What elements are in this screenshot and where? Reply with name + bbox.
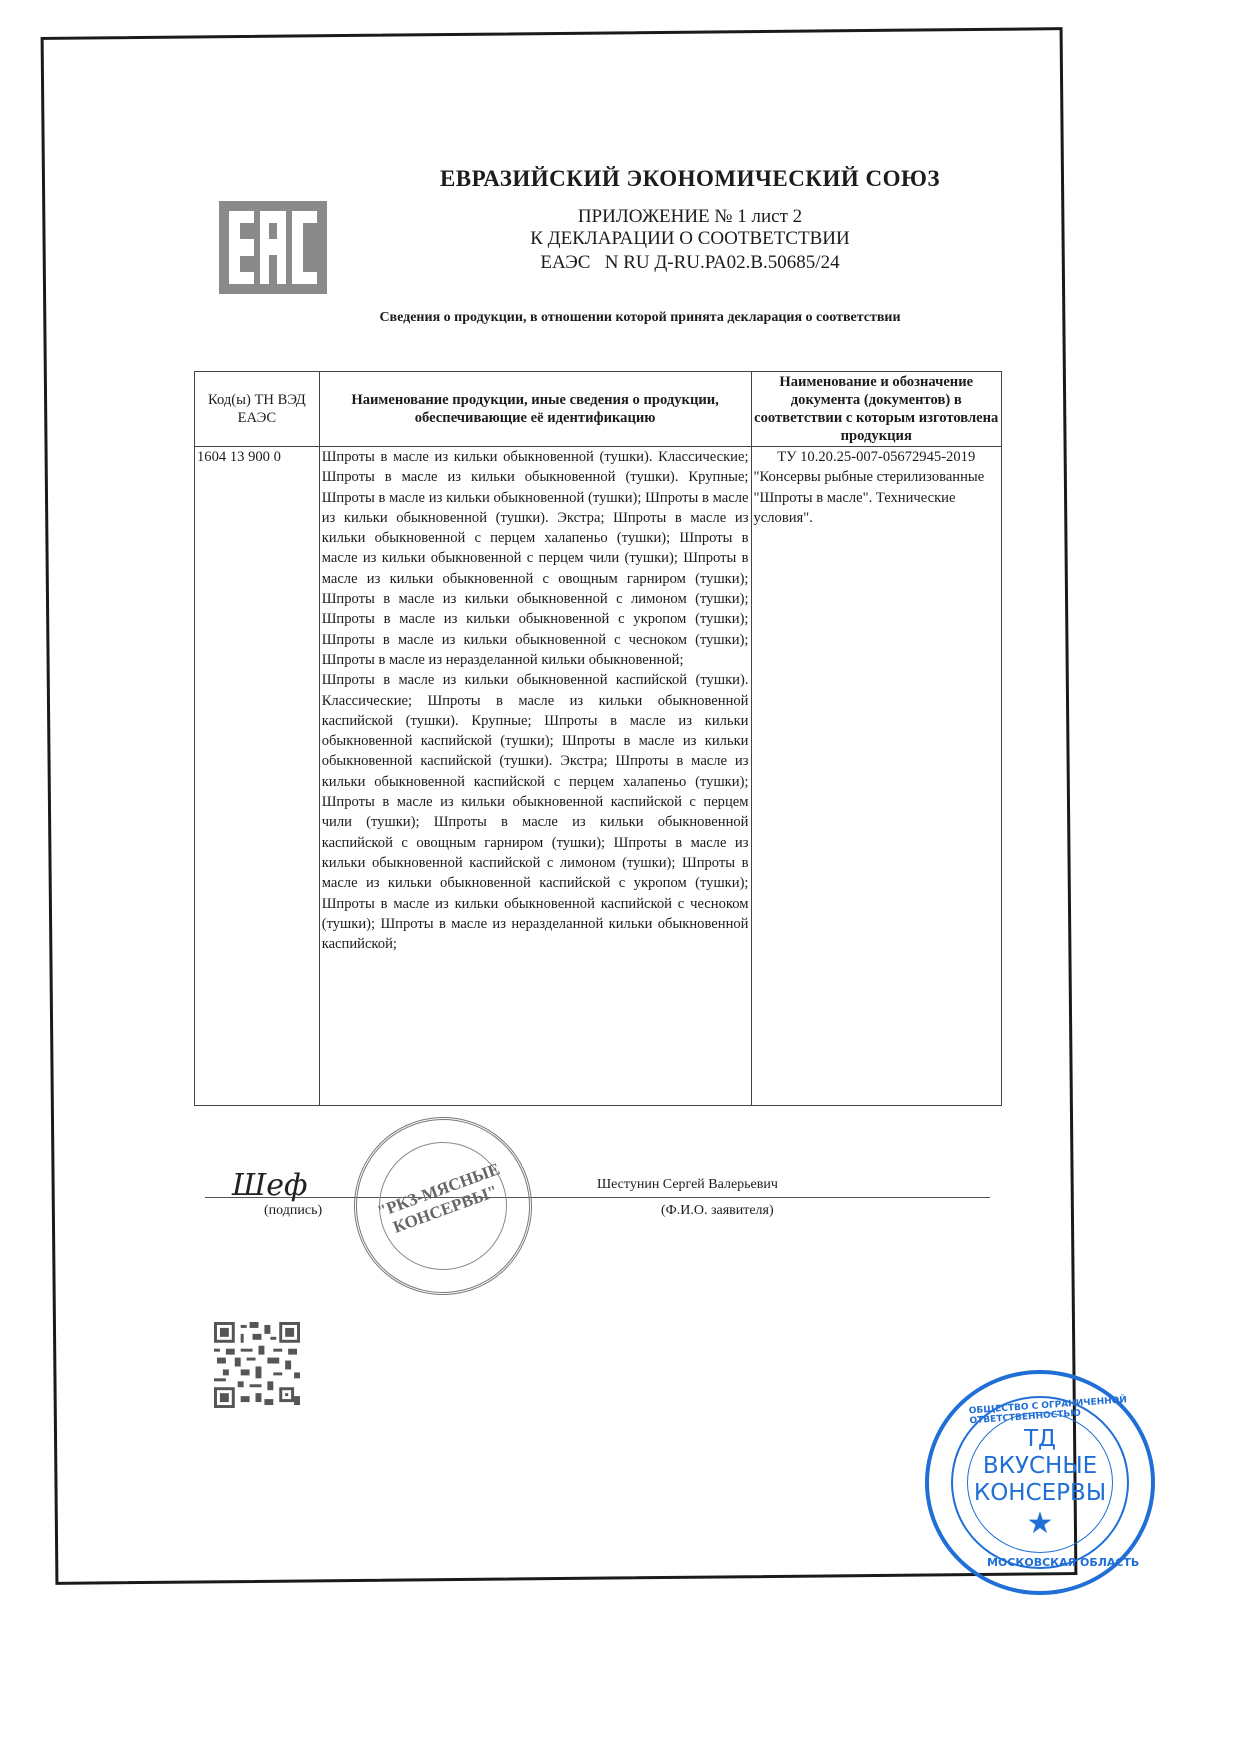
seal-blue-line1: ТД [929,1426,1151,1453]
signature-caption: (подпись) [264,1203,322,1219]
product-list-common: Шпроты в масле из кильки обыкновенной (т… [322,447,749,670]
seal-blue-line3: КОНСЕРВЫ [929,1480,1151,1507]
header-product: Наименование продукции, иные сведения о … [319,372,751,447]
annex-title: ПРИЛОЖЕНИЕ № 1 лист 2 [70,206,1240,228]
seal-blue-line2: ВКУСНЫЕ [929,1453,1151,1480]
star-icon: ★ [929,1507,1151,1541]
company-seal-ryazan: "РКЗ-МЯСНЫЕ КОНСЕРВЫ" [342,1105,543,1306]
name-line [597,1197,990,1198]
applicant-name: Шестунин Сергей Валерьевич [597,1177,778,1193]
document-title: "Консервы рыбные стерилизованные "Шпроты… [754,467,1000,528]
qr-code-icon [214,1322,300,1408]
union-title: ЕВРАЗИЙСКИЙ ЭКОНОМИЧЕСКИЙ СОЮЗ [70,166,1240,192]
signature-mark: Шеф [232,1168,307,1203]
seal-blue-ring-bottom: МОСКОВСКАЯ ОБЛАСТЬ [987,1556,1139,1569]
product-table: Код(ы) ТН ВЭД ЕАЭС Наименование продукци… [194,371,1002,1106]
document-page: ЕВРАЗИЙСКИЙ ЭКОНОМИЧЕСКИЙ СОЮЗ ПРИЛОЖЕНИ… [0,0,1240,1754]
hs-code: 1604 13 900 0 [195,447,320,1106]
header-code: Код(ы) ТН ВЭД ЕАЭС [195,372,320,447]
company-seal-td: ОБЩЕСТВО С ОГРАНИЧЕННОЙ ОТВЕТСТВЕННОСТЬЮ… [925,1370,1155,1595]
declaration-title: К ДЕКЛАРАЦИИ О СООТВЕТСТВИИ [70,228,1240,250]
standard-document: ТУ 10.20.25-007-05672945-2019 "Консервы … [751,447,1002,1106]
product-list-caspian: Шпроты в масле из кильки обыкновенной ка… [322,670,749,954]
declaration-number: ЕАЭС N RU Д-RU.РА02.В.50685/24 [70,252,1240,274]
applicant-caption: (Ф.И.О. заявителя) [661,1203,774,1219]
header-document: Наименование и обозначение документа (до… [751,372,1002,447]
table-row: 1604 13 900 0 Шпроты в масле из кильки о… [195,447,1002,1106]
product-description: Шпроты в масле из кильки обыкновенной (т… [319,447,751,1106]
table-header-row: Код(ы) ТН ВЭД ЕАЭС Наименование продукци… [195,372,1002,447]
section-subtitle: Сведения о продукции, в отношении которо… [20,310,1240,326]
seal-blue-center: ТД ВКУСНЫЕ КОНСЕРВЫ ★ [929,1426,1151,1541]
document-code: ТУ 10.20.25-007-05672945-2019 [754,447,1000,467]
